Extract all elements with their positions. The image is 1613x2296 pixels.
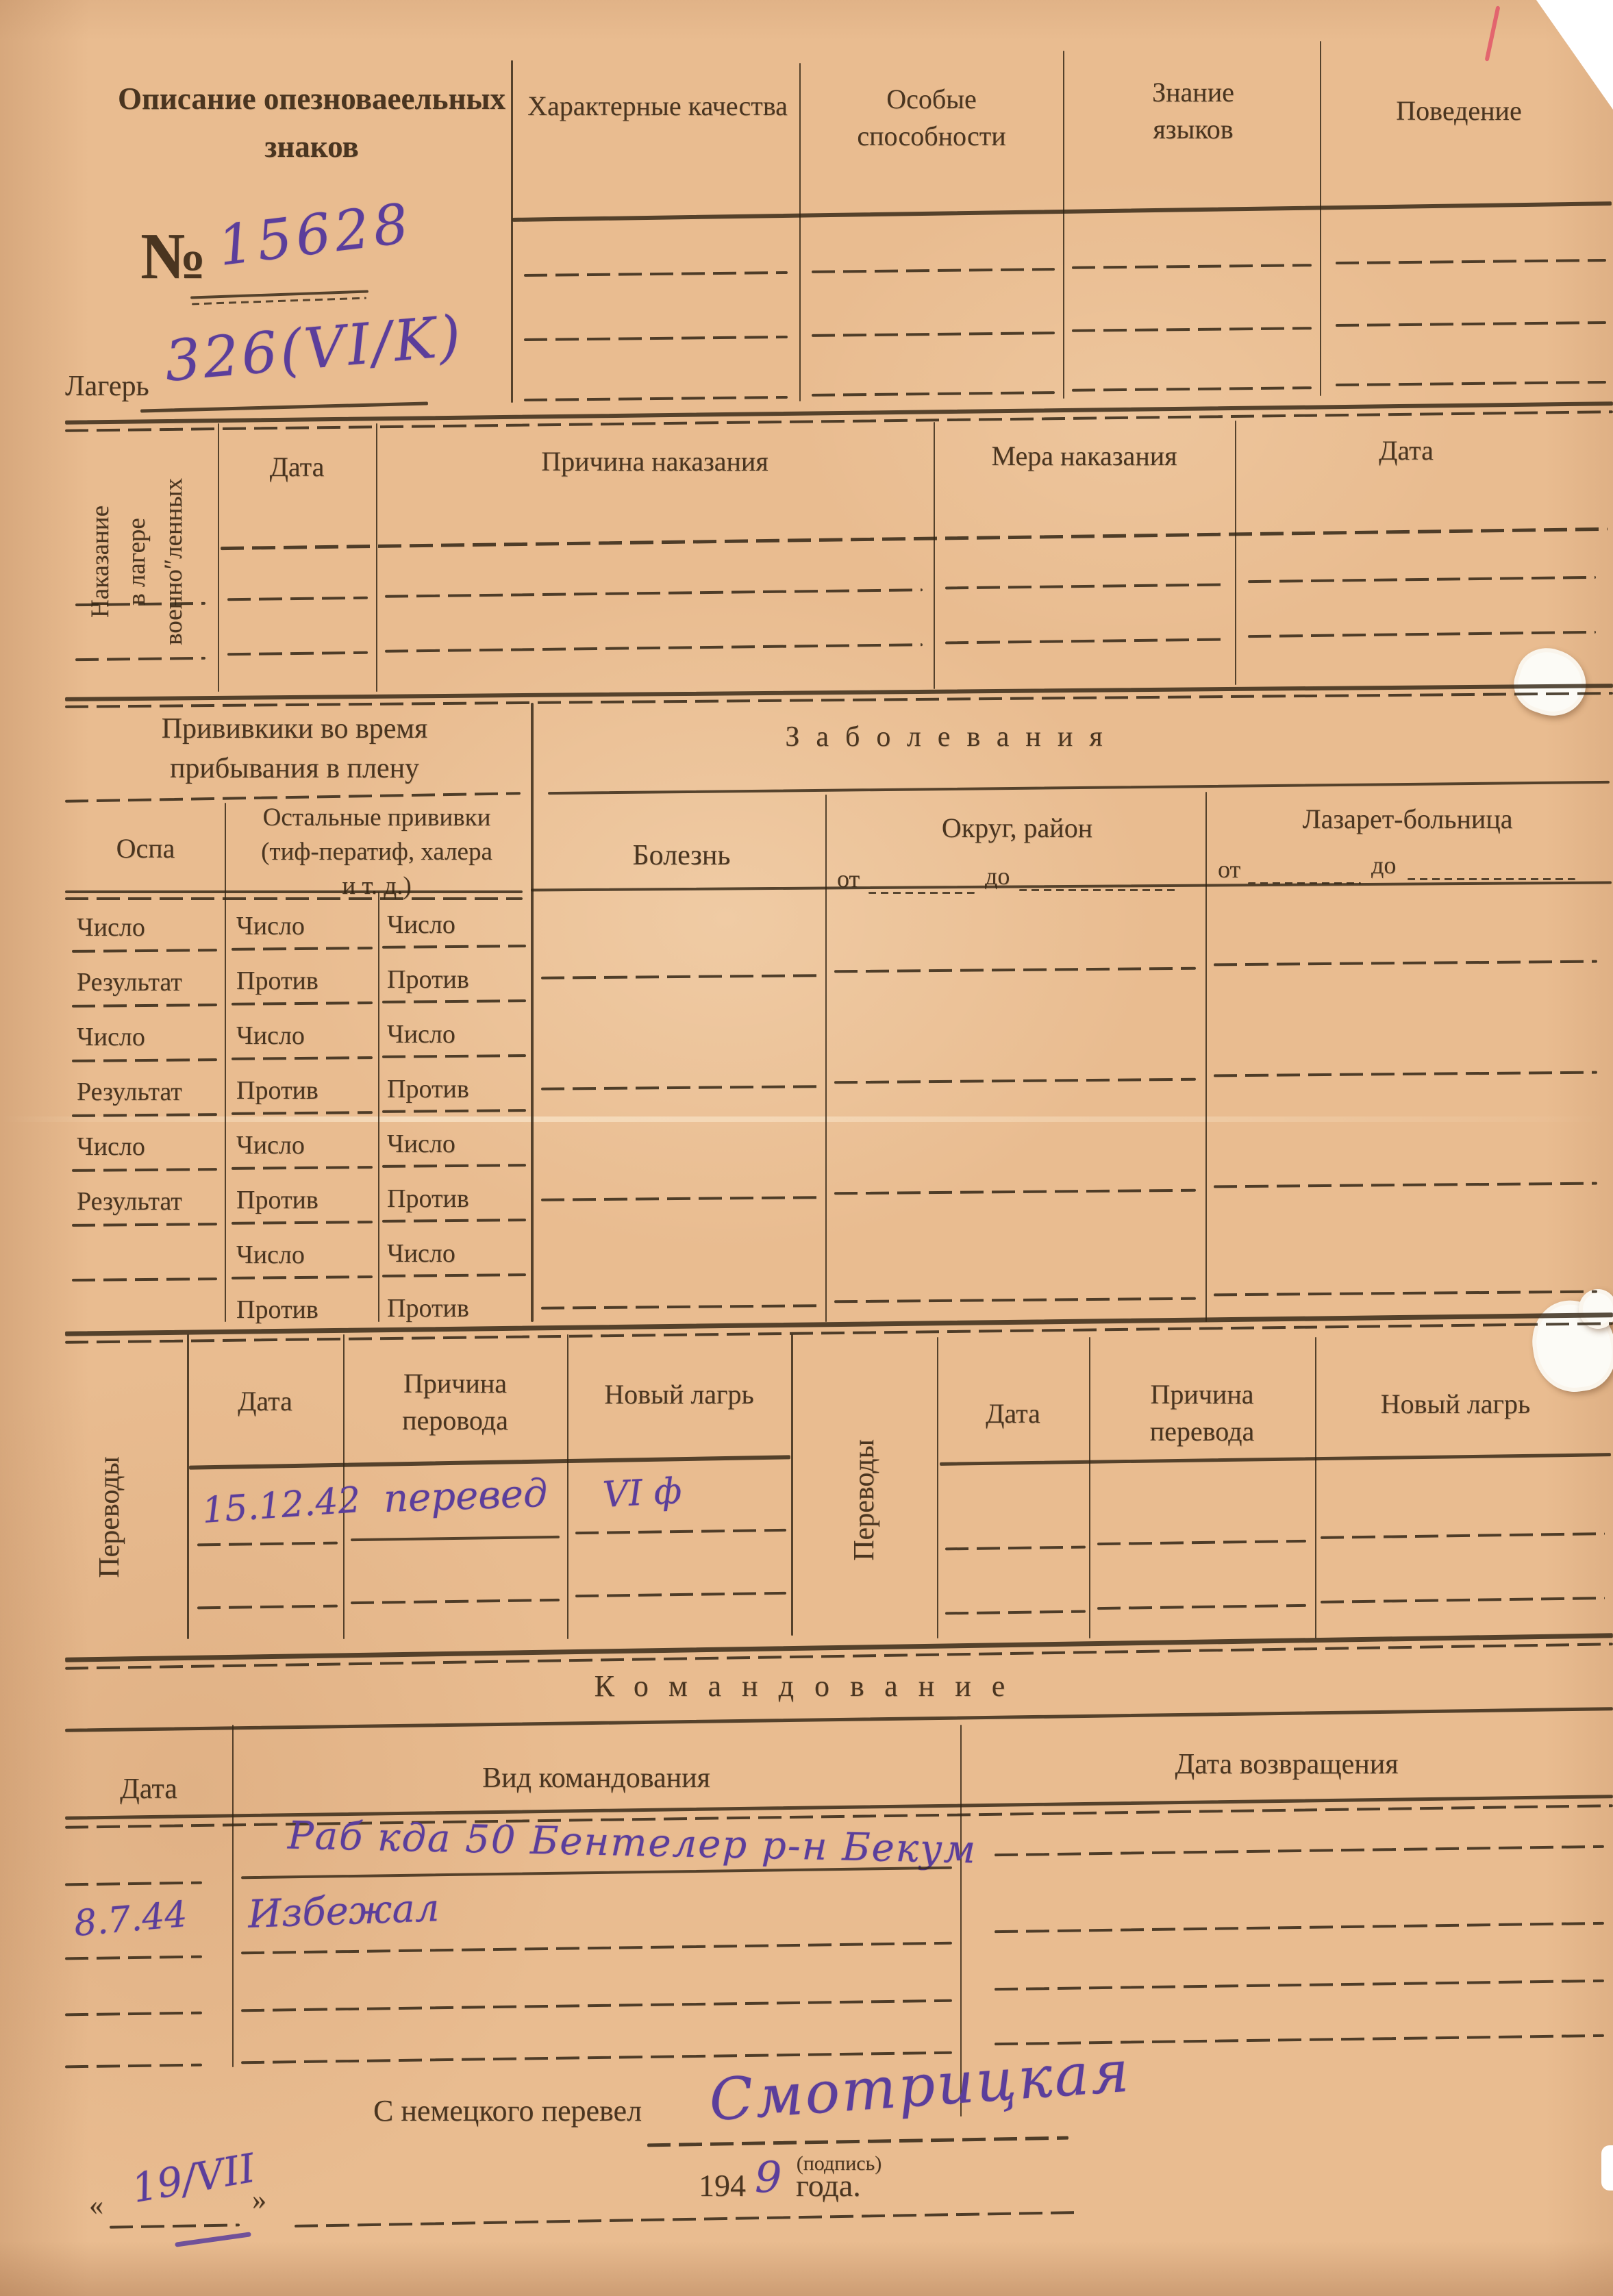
transfers-right-col-reason1: Причина <box>1089 1378 1315 1410</box>
rule <box>351 1536 560 1541</box>
rule <box>72 1277 217 1282</box>
transfer-newcamp-handwritten: VI ф <box>602 1471 683 1516</box>
hospital-to-label: до <box>1371 851 1396 879</box>
rule <box>382 1164 526 1168</box>
rule <box>65 792 521 803</box>
rule <box>995 1922 1604 1933</box>
divider <box>799 63 801 401</box>
rule <box>221 527 1608 550</box>
rule <box>1214 1071 1597 1077</box>
vacc-cell: Число <box>387 1238 455 1269</box>
camp-label: Лагерь <box>65 370 149 403</box>
rule <box>541 974 818 979</box>
vacc-cell: Число <box>387 910 455 940</box>
punishment-col-date1: Дата <box>218 451 376 483</box>
transfers-right-col-reason2: перевода <box>1089 1415 1315 1447</box>
vacc-cell: Против <box>387 1293 469 1323</box>
vacc-cell: Против <box>387 964 469 995</box>
punishment-side-label-line: военно″ленных <box>155 478 192 645</box>
vacc-cell: Против <box>236 966 318 996</box>
rule <box>1019 889 1178 891</box>
rule <box>241 1999 952 2012</box>
hole-punch-top <box>1507 640 1595 724</box>
day-quote-close: » <box>252 2184 266 2217</box>
rule <box>548 781 1610 795</box>
other-vaccines-line3: и т. д.) <box>229 871 524 901</box>
rule <box>945 584 1225 590</box>
rule <box>524 336 788 341</box>
punishment-side-label: Наказание в лагере военно″ленных <box>68 438 205 685</box>
rule <box>834 967 1196 973</box>
divider <box>1063 51 1064 399</box>
rule <box>241 1867 952 1879</box>
transfer-date-handwritten: 15.12.42 <box>201 1480 362 1532</box>
description-header-line1: Описание опезноваеельных <box>103 81 521 116</box>
divider <box>511 60 513 403</box>
rule <box>72 1058 217 1062</box>
rule <box>382 999 526 1003</box>
rule <box>110 2223 240 2228</box>
transfers-right-col-newcamp: Новый лагрь <box>1315 1388 1596 1420</box>
commands-col-date: Дата <box>65 1773 232 1806</box>
other-vaccines-line1: Остальные прививки <box>229 803 524 832</box>
rule <box>1248 576 1596 583</box>
punishment-col-reason: Причина наказания <box>376 445 934 477</box>
vacc-cell: Число <box>77 1022 145 1052</box>
year-printed: 194 <box>699 2167 746 2204</box>
camp-value-handwritten: 326(VI/K) <box>162 303 466 395</box>
rule <box>1097 1604 1306 1610</box>
rule <box>72 949 217 953</box>
divider <box>1205 792 1207 1322</box>
rule <box>65 1707 1613 1732</box>
transfers-left-col-reason1: Причина <box>343 1367 567 1399</box>
rule <box>232 1275 373 1280</box>
smallpox-label: Оспа <box>68 832 223 864</box>
rule <box>995 1845 1604 1856</box>
divider <box>225 803 226 1322</box>
rule <box>1321 1532 1605 1539</box>
rule <box>382 1219 526 1223</box>
rule <box>65 1956 202 1960</box>
rule <box>382 1109 526 1113</box>
vacc-cell: Против <box>387 1184 469 1214</box>
rule <box>541 1304 818 1310</box>
number-sign: № <box>140 218 206 294</box>
rule <box>575 1592 786 1597</box>
rule <box>812 391 1055 397</box>
vacc-cell: Против <box>236 1185 318 1215</box>
rule <box>1336 259 1606 264</box>
rule <box>1072 264 1312 269</box>
disease-col-header: Болезнь <box>541 839 822 872</box>
rule <box>1097 1540 1306 1545</box>
command-entry1-handwritten: Раб кда 50 Бентелер р-н Бекум <box>287 1813 977 1872</box>
hospital-from-label: от <box>1218 855 1240 884</box>
rule <box>524 396 788 401</box>
rule <box>382 945 526 949</box>
command-entry2-date-handwritten: 8.7.44 <box>73 1894 189 1945</box>
punishment-col-date2: Дата <box>1235 434 1577 466</box>
divider <box>531 703 534 1322</box>
col-header-languages: Знание языков <box>1118 74 1268 148</box>
divider <box>937 1337 938 1638</box>
rule <box>1214 960 1597 966</box>
rule <box>65 2064 202 2069</box>
rule <box>812 268 1055 273</box>
vaccination-header-line2: прибывания в плену <box>68 752 521 785</box>
divider <box>1315 1337 1316 1638</box>
rule <box>834 1297 1196 1303</box>
vacc-cell: Против <box>387 1074 469 1104</box>
day-quote-open: « <box>89 2189 103 2222</box>
rule <box>197 1605 338 1610</box>
vacc-cell: Результат <box>77 1186 182 1216</box>
punishment-side-label-line: Наказание <box>82 478 119 645</box>
red-pen-mark <box>1485 5 1501 61</box>
commands-col-return: Дата возвращения <box>960 1748 1613 1781</box>
translator-label: С немецкого перевел <box>373 2093 642 2128</box>
divider <box>1320 41 1321 396</box>
commands-col-type: Вид командования <box>232 1762 960 1795</box>
rule <box>227 651 368 656</box>
rule <box>227 597 368 601</box>
rule <box>945 1610 1086 1615</box>
number-value-handwritten: 15628 <box>214 191 416 278</box>
district-col-header: Округ, район <box>832 812 1202 844</box>
transfers-left-side-label-text: Переводы <box>93 1456 126 1578</box>
rule <box>232 1001 373 1006</box>
rule <box>72 1003 217 1008</box>
divider <box>791 1334 793 1636</box>
rule <box>65 1882 202 1886</box>
rule <box>834 1189 1196 1195</box>
rule <box>241 1942 952 1954</box>
vacc-cell: Число <box>77 912 145 943</box>
punishment-col-measure: Мера наказания <box>934 440 1235 472</box>
rule <box>351 1599 560 1604</box>
punishment-side-label-line: в лагере <box>118 478 155 645</box>
transfers-right-col-date: Дата <box>937 1397 1089 1430</box>
divider <box>187 1334 189 1639</box>
rule <box>72 1223 217 1227</box>
rule <box>647 2136 1068 2147</box>
col-header-behavior: Поведение <box>1325 95 1592 127</box>
signature-handwritten: Смотрицкая <box>707 2038 1133 2134</box>
transfers-left-col-date: Дата <box>187 1385 343 1417</box>
rule <box>385 588 923 598</box>
pow-card-page: Описание опезноваеельных знаков № 15628 … <box>0 0 1613 2296</box>
rule <box>1214 1182 1597 1188</box>
rule <box>541 1085 818 1090</box>
rule <box>382 1054 526 1058</box>
rule <box>834 1078 1196 1084</box>
rule <box>232 1056 373 1060</box>
transfers-left-col-newcamp: Новый лагрь <box>567 1378 791 1410</box>
rule <box>192 297 366 305</box>
diseases-header: Заболевания <box>531 721 1373 753</box>
vacc-cell: Число <box>387 1129 455 1159</box>
col-header-abilities: Особые способности <box>829 81 1034 155</box>
rule <box>1248 631 1596 638</box>
rule <box>541 1196 818 1201</box>
hospital-col-header: Лазарет-больница <box>1212 803 1603 835</box>
vacc-cell: Число <box>236 1240 305 1270</box>
rule <box>995 1980 1604 1991</box>
vacc-cell: Результат <box>77 1077 182 1107</box>
rule <box>1336 381 1606 386</box>
rule <box>868 892 975 894</box>
description-header-line2: знаков <box>103 129 521 164</box>
rule <box>1072 386 1312 392</box>
rule <box>232 947 373 951</box>
year-suffix: года. <box>796 2167 861 2204</box>
rule <box>1336 321 1606 327</box>
rule <box>575 1529 786 1534</box>
transfers-left-col-reason2: перовода <box>343 1404 567 1436</box>
rule <box>295 2211 1075 2228</box>
rule <box>1408 878 1575 880</box>
rule <box>945 1546 1086 1551</box>
rule <box>945 638 1225 645</box>
edge-notch <box>1601 2145 1613 2191</box>
command-entry2-type-handwritten: Избежал <box>247 1886 440 1937</box>
crease-line <box>0 1116 1613 1122</box>
rule <box>140 402 428 413</box>
day-purple-underline <box>175 2232 251 2247</box>
vacc-cell: Число <box>77 1132 145 1162</box>
rule <box>524 271 788 277</box>
rule <box>940 1453 1611 1466</box>
rule <box>197 1542 338 1547</box>
rule <box>65 890 523 893</box>
rule <box>232 1221 373 1225</box>
rule <box>382 1273 526 1277</box>
rule <box>65 2012 202 2017</box>
rule <box>72 1168 217 1172</box>
transfers-right-side-label: Переводы <box>823 1404 905 1596</box>
vacc-cell: Число <box>236 1130 305 1160</box>
rule <box>812 332 1055 337</box>
transfers-left-side-label: Переводы <box>68 1421 151 1613</box>
transfers-right-side-label-text: Переводы <box>848 1439 881 1561</box>
vacc-cell: Против <box>236 1295 318 1325</box>
vaccination-header-line1: Прививкики во время <box>68 712 521 745</box>
year-digit-handwritten: 9 <box>755 2152 782 2202</box>
divider <box>825 795 827 1322</box>
vacc-cell: Число <box>387 1019 455 1049</box>
rule <box>65 897 523 900</box>
rule <box>385 643 923 653</box>
rule <box>232 1166 373 1170</box>
col-header-qualities: Характерные качества <box>527 88 788 125</box>
rule <box>189 1455 790 1469</box>
rule <box>1072 327 1312 332</box>
rule <box>1321 1597 1605 1604</box>
rule <box>512 201 1612 222</box>
day-value-handwritten: 19/VII <box>128 2145 258 2212</box>
commands-header: Командование <box>65 1669 1555 1704</box>
vacc-cell: Число <box>236 911 305 941</box>
divider <box>378 892 379 1322</box>
other-vaccines-line2: (тиф-ператиф, халера <box>229 837 524 866</box>
vacc-cell: Результат <box>77 967 182 997</box>
vacc-cell: Против <box>236 1075 318 1106</box>
vacc-cell: Число <box>236 1021 305 1051</box>
rule <box>232 1111 373 1115</box>
rule <box>1214 1290 1597 1297</box>
transfer-reason-handwritten: перевед <box>383 1471 549 1521</box>
